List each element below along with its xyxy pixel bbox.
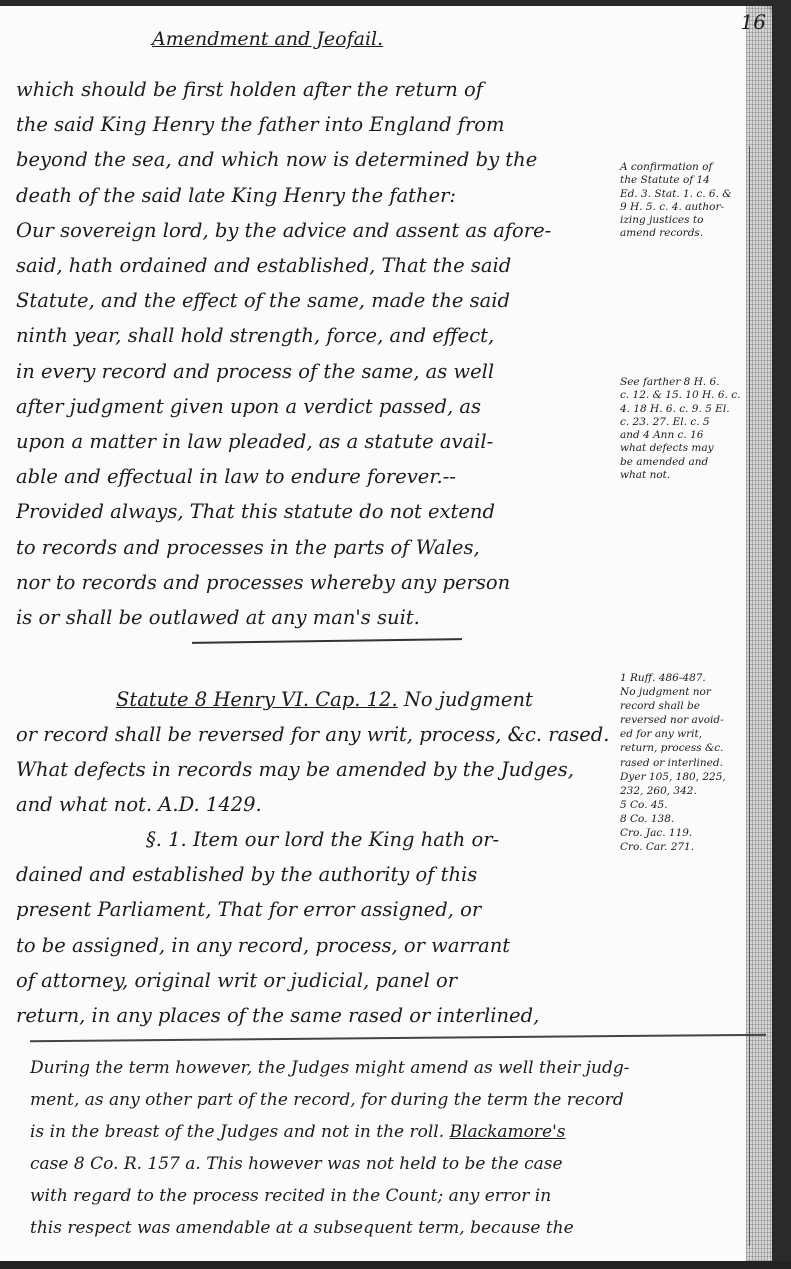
text-line: During the term however, the Judges migh… (30, 1052, 770, 1084)
note-line: 4. 18 H. 6. c. 9. 5 El. (620, 403, 768, 416)
text-line: said, hath ordained and established, Tha… (16, 248, 611, 283)
text-line: beyond the sea, and which now is determi… (16, 142, 611, 177)
margin-note-see-farther: See farther 8 H. 6. c. 12. & 15. 10 H. 6… (620, 376, 768, 482)
note-line: 1 Ruff. 486-487. (620, 671, 768, 685)
text-line: death of the said late King Henry the fa… (16, 178, 611, 213)
footnote: During the term however, the Judges migh… (30, 1052, 770, 1244)
statute-title: Statute 8 Henry VI. Cap. 12. (116, 688, 398, 711)
note-line: See farther 8 H. 6. (620, 376, 768, 389)
note-line: c. 23. 27. El. c. 5 (620, 416, 768, 429)
note-line: what defects may (620, 442, 768, 455)
text-line: ment, as any other part of the record, f… (30, 1084, 770, 1116)
text-line: Our sovereign lord, by the advice and as… (16, 213, 611, 248)
manuscript-page: 16 Amendment and Jeofail. which should b… (0, 6, 772, 1261)
note-line: rased or interlined. (620, 756, 768, 770)
note-line: Cro. Jac. 119. (620, 826, 768, 840)
text-line: and what not. A.D. 1429. (16, 787, 616, 822)
text-line: return, in any places of the same rased … (16, 998, 611, 1033)
text-line: upon a matter in law pleaded, as a statu… (16, 424, 611, 459)
text-line: to be assigned, in any record, process, … (16, 928, 611, 963)
note-line: reversed nor avoid- (620, 713, 768, 727)
text-line: dained and established by the authority … (16, 857, 611, 892)
text-line: of attorney, original writ or judicial, … (16, 963, 611, 998)
section-divider (192, 638, 462, 644)
text-line: ninth year, shall hold strength, force, … (16, 318, 611, 353)
text-line: or record shall be reversed for any writ… (16, 717, 616, 752)
text-line: which should be first holden after the r… (16, 72, 611, 107)
text-line: after judgment given upon a verdict pass… (16, 389, 611, 424)
text-fragment: is in the breast of the Judges and not i… (30, 1122, 444, 1142)
text-line: in every record and process of the same,… (16, 354, 611, 389)
text-line: nor to records and processes whereby any… (16, 565, 611, 600)
statute-text-continued: which should be first holden after the r… (16, 72, 611, 635)
text-line: this respect was amendable at a subseque… (30, 1212, 770, 1244)
note-line: the Statute of 14 (620, 174, 768, 187)
text-line: case 8 Co. R. 157 a. This however was no… (30, 1148, 770, 1180)
scan-bottom-edge (0, 1261, 791, 1269)
note-line: Cro. Car. 271. (620, 840, 768, 854)
page-number: 16 (741, 10, 766, 34)
note-line: 9 H. 5. c. 4. author- (620, 201, 768, 214)
footnote-divider (30, 1034, 766, 1042)
note-line: return, process &c. (620, 741, 768, 755)
note-line: No judgment nor (620, 685, 768, 699)
text-line: What defects in records may be amended b… (16, 752, 616, 787)
note-line: c. 12. & 15. 10 H. 6. c. (620, 389, 768, 402)
section-1-text: §. 1. Item our lord the King hath or- da… (16, 822, 611, 1033)
text-line: is or shall be outlawed at any man's sui… (16, 600, 611, 635)
statute-heading: Statute 8 Henry VI. Cap. 12. No judgment… (16, 682, 616, 822)
page-title: Amendment and Jeofail. (152, 28, 383, 50)
text-line: present Parliament, That for error assig… (16, 892, 611, 927)
note-line: and 4 Ann c. 16 (620, 429, 768, 442)
note-line: A confirmation of (620, 161, 768, 174)
note-line: izing justices to (620, 214, 768, 227)
margin-note-confirmation: A confirmation of the Statute of 14 Ed. … (620, 161, 768, 241)
margin-note-ruff: 1 Ruff. 486-487. No judgment nor record … (620, 671, 768, 854)
note-line: amend records. (620, 227, 768, 240)
note-line: 8 Co. 138. (620, 812, 768, 826)
text-line: Provided always, That this statute do no… (16, 494, 611, 529)
note-line: ed for any writ, (620, 727, 768, 741)
section-label: §. 1. (146, 828, 187, 851)
text-fragment: Item our lord the King hath or- (187, 828, 499, 851)
case-name: Blackamore's (450, 1122, 566, 1142)
text-line: the said King Henry the father into Engl… (16, 107, 611, 142)
note-line: be amended and (620, 456, 768, 469)
note-line: Dyer 105, 180, 225, (620, 770, 768, 784)
note-line: 5 Co. 45. (620, 798, 768, 812)
note-line: 232, 260, 342. (620, 784, 768, 798)
note-line: record shall be (620, 699, 768, 713)
text-line: to records and processes in the parts of… (16, 530, 611, 565)
text-line: with regard to the process recited in th… (30, 1180, 770, 1212)
text-line: able and effectual in law to endure fore… (16, 459, 611, 494)
text-fragment: No judgment (398, 688, 533, 711)
note-line: what not. (620, 469, 768, 482)
note-line: Ed. 3. Stat. 1. c. 6. & (620, 188, 768, 201)
text-line: Statute, and the effect of the same, mad… (16, 283, 611, 318)
